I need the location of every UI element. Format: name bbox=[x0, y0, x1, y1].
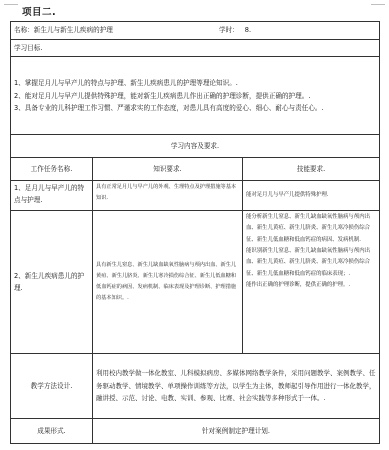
learning-goal-item: 3、具备专业的儿科护理工作习惯、严谨求实的工作态度，对患儿具有高度的爱心、细心、… bbox=[14, 102, 376, 115]
content-header-row: 工作任务名称. 知识要求. 技能要求. bbox=[11, 158, 380, 181]
skill-item: 能作出正确的护理诊断，提供正确的护理。. bbox=[246, 280, 376, 291]
learning-goals-label: 学习目标. bbox=[11, 40, 380, 57]
header-knowledge: 知识要求. bbox=[93, 158, 243, 181]
learning-goals-cell: 1、掌握足月儿与早产儿的特点与护理、新生儿疾病患儿的护理等理论知识。. 2、能对… bbox=[11, 57, 380, 135]
teaching-method-row: 教学方法设计. 利用校内教学做一体化教室、儿科模拟病房、多媒体网络教学条件，采用… bbox=[11, 354, 380, 419]
content-section-row: 学习内容及要求. bbox=[11, 135, 380, 158]
hours-value: 8. bbox=[245, 25, 251, 35]
header-task-name: 工作任务名称. bbox=[11, 158, 93, 181]
name-cell: 名称：新生儿与新生儿疾病的护理 学时： 8. bbox=[11, 22, 380, 40]
teaching-method-text: 利用校内教学做一体化教室、儿科模拟病房、多媒体网络教学条件，采用问题教学、案例教… bbox=[93, 354, 380, 419]
learning-goal-item: 1、掌握足月儿与早产儿的特点与护理、新生儿疾病患儿的护理等理论知识。. bbox=[14, 77, 376, 90]
task-name-cell: 2、新生儿疾病患儿的护理. bbox=[11, 211, 93, 354]
course-table: 名称：新生儿与新生儿疾病的护理 学时： 8. 学习目标. 1、掌握足月儿与早产儿… bbox=[10, 21, 380, 444]
content-section-label: 学习内容及要求. bbox=[11, 135, 380, 158]
teaching-method-label: 教学方法设计. bbox=[11, 354, 93, 419]
knowledge-cell: 具有正常足月儿与早产儿的外观、生理特点及护理措施等基本知识. bbox=[93, 181, 243, 211]
outcome-text: 针对案例制定护理计划. bbox=[93, 419, 380, 444]
project-title: 项目二. bbox=[22, 4, 56, 18]
course-name: 名称：新生儿与新生儿疾病的护理 bbox=[14, 25, 219, 35]
hours-label: 学时： bbox=[219, 25, 239, 35]
outcome-row: 成果形式. 针对案例制定护理计划. bbox=[11, 419, 380, 444]
skill-item: 能识别新生儿窒息、新生儿缺血缺氧性脑病与颅内出血、新生儿黄疸、新生儿脐炎、新生儿… bbox=[246, 246, 376, 280]
learning-goal-item: 2、能对足月儿与早产儿提供特殊护理，能对新生儿疾病患儿作出正确的护理诊断，提供正… bbox=[14, 90, 376, 103]
table-row: 1、足月儿与早产儿的特点与护理. 具有正常足月儿与早产儿的外观、生理特点及护理措… bbox=[11, 181, 380, 211]
page-corner-mark-right bbox=[371, 0, 385, 5]
name-row: 名称：新生儿与新生儿疾病的护理 学时： 8. bbox=[11, 22, 380, 40]
skill-item: 能分析新生儿窒息、新生儿缺血缺氧性脑病与颅内出血、新生儿黄疸、新生儿脐炎、新生儿… bbox=[246, 212, 376, 246]
knowledge-cell: 具有新生儿窒息、新生儿缺血缺氧性脑病与颅内出血、新生儿黄疸、新生儿脐炎、新生儿寒… bbox=[93, 211, 243, 354]
page-corner-mark-left bbox=[4, 0, 18, 5]
skills-cell: 能对足月儿与早产儿提供特殊护理. bbox=[243, 181, 380, 211]
skills-cell: 能分析新生儿窒息、新生儿缺血缺氧性脑病与颅内出血、新生儿黄疸、新生儿脐炎、新生儿… bbox=[243, 211, 380, 354]
table-row: 2、新生儿疾病患儿的护理. 具有新生儿窒息、新生儿缺血缺氧性脑病与颅内出血、新生… bbox=[11, 211, 380, 354]
learning-goals-row: 1、掌握足月儿与早产儿的特点与护理、新生儿疾病患儿的护理等理论知识。. 2、能对… bbox=[11, 57, 380, 135]
learning-goals-label-row: 学习目标. bbox=[11, 40, 380, 57]
header-skills: 技能要求. bbox=[243, 158, 380, 181]
outcome-label: 成果形式. bbox=[11, 419, 93, 444]
task-name-cell: 1、足月儿与早产儿的特点与护理. bbox=[11, 181, 93, 211]
